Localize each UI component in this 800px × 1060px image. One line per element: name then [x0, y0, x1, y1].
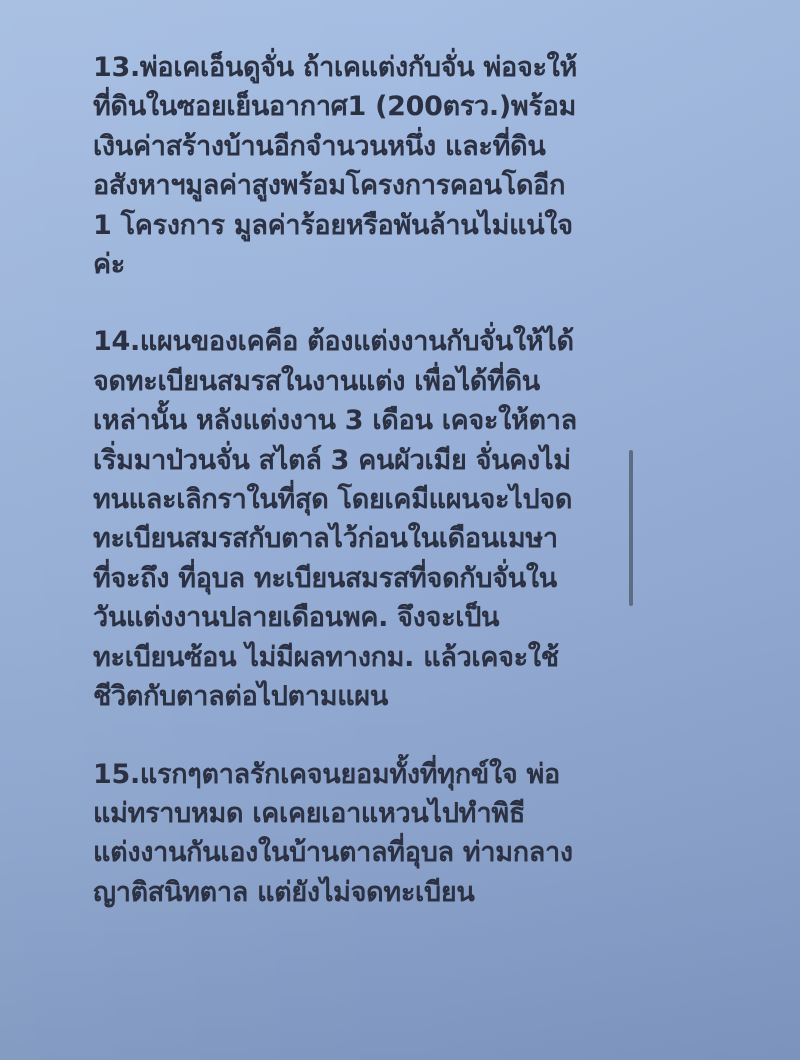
- text-line: วันแต่งงานปลายเดือนพค. จึงจะเป็น: [93, 598, 623, 637]
- text-line: ชีวิตกับตาลต่อไปตามแผน: [93, 677, 623, 716]
- text-line: ทนและเลิกราในที่สุด โดยเคมีแผนจะไปจด: [93, 480, 623, 519]
- text-line: จดทะเบียนสมรสในงานแต่ง เพื่อได้ที่ดิน: [93, 362, 623, 401]
- text-line: ที่จะถึง ที่อุบล ทะเบียนสมรสที่จดกับจั่น…: [93, 559, 623, 598]
- text-line: ญาติสนิทตาล แต่ยังไม่จดทะเบียน: [93, 873, 623, 912]
- note-text-area[interactable]: 13.พ่อเคเอ็นดูจั่น ถ้าเคแต่งกับจั่น พ่อจ…: [93, 48, 623, 950]
- text-line: เงินค่าสร้างบ้านอีกจำนวนหนึ่ง และที่ดิน: [93, 127, 623, 166]
- note-paragraph-15: 15.แรกๆตาลรักเคจนยอมทั้งที่ทุกข์ใจ พ่อ แ…: [93, 755, 623, 913]
- text-line: 14.แผนของเคคือ ต้องแต่งงานกับจั่นให้ได้: [93, 322, 623, 361]
- text-line: อสังหาฯมูลค่าสูงพร้อมโครงการคอนโดอีก: [93, 166, 623, 205]
- text-line: แต่งงานกันเองในบ้านตาลที่อุบล ท่ามกลาง: [93, 833, 623, 872]
- text-line: เหล่านั้น หลังแต่งงาน 3 เดือน เคจะให้ตาล: [93, 401, 623, 440]
- text-line: ทะเบียนซ้อน ไม่มีผลทางกม. แล้วเคจะใช้: [93, 638, 623, 677]
- text-line: 13.พ่อเคเอ็นดูจั่น ถ้าเคแต่งกับจั่น พ่อจ…: [93, 48, 623, 87]
- note-paragraph-13: 13.พ่อเคเอ็นดูจั่น ถ้าเคแต่งกับจั่น พ่อจ…: [93, 48, 623, 284]
- text-line: แม่ทราบหมด เคเคยเอาแหวนไปทำพิธี: [93, 794, 623, 833]
- text-line: 1 โครงการ มูลค่าร้อยหรือพันล้านไม่แน่ใจ: [93, 206, 623, 245]
- text-line: 15.แรกๆตาลรักเคจนยอมทั้งที่ทุกข์ใจ พ่อ: [93, 755, 623, 794]
- text-line: เริ่มมาป่วนจั่น สไตล์ 3 คนผัวเมีย จั่นคง…: [93, 441, 623, 480]
- vertical-scrollbar[interactable]: [629, 450, 633, 606]
- text-line: ทะเบียนสมรสกับตาลไว้ก่อนในเดือนเมษา: [93, 519, 623, 558]
- text-line: ที่ดินในซอยเย็นอากาศ1 (200ตรว.)พร้อม: [93, 87, 623, 126]
- text-line: ค่ะ: [93, 245, 623, 284]
- note-paragraph-14: 14.แผนของเคคือ ต้องแต่งงานกับจั่นให้ได้ …: [93, 322, 623, 716]
